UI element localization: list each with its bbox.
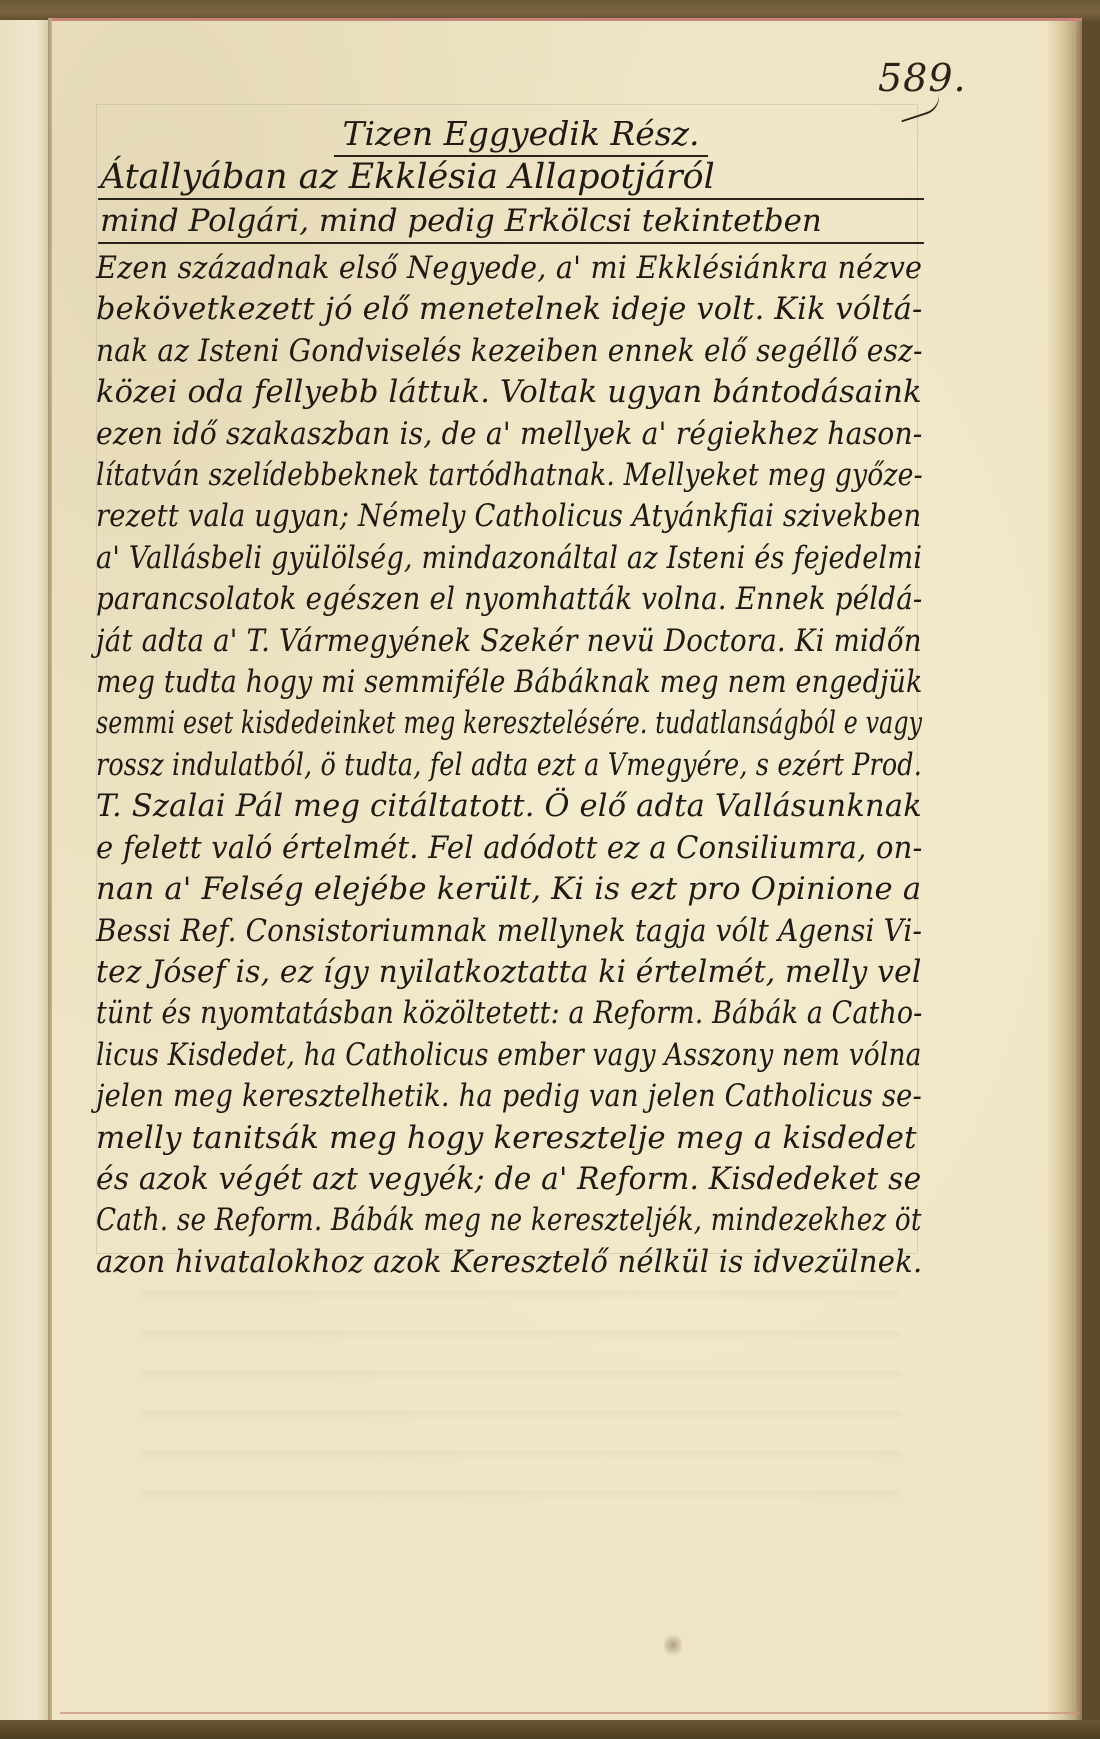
text-line: ezen idő szakaszban is, de a' mellyek a'… — [96, 414, 851, 455]
text-line: jelen meg keresztelhetik. ha pedig van j… — [96, 1076, 828, 1117]
show-through-ink — [140, 1260, 900, 1520]
text-line: Cath. se Reform. Bábák meg ne keresztelj… — [96, 1200, 798, 1241]
text-line: parancsolatok egészen el nyomhatták voln… — [96, 579, 838, 620]
chapter-subtitle-line-1: Átallyában az Ekklésia Allapotjáról — [98, 156, 924, 200]
text-line: T. Szalai Pál meg citáltatott. Ö elő adt… — [96, 786, 912, 827]
book-binding-bottom — [0, 1720, 1100, 1739]
red-margin-rule-right — [1077, 30, 1080, 1710]
text-line: melly tanitsák meg hogy keresztelje meg … — [96, 1118, 922, 1159]
text-line: bekövetkezett jó elő menetelnek ideje vo… — [96, 289, 909, 330]
text-line: licus Kisdedet, ha Catholicus ember vagy… — [96, 1035, 803, 1076]
ink-stain — [664, 1632, 682, 1658]
facing-page-edge — [0, 20, 52, 1720]
text-line: tez Jósef is, ez így nyilatkoztatta ki é… — [96, 952, 891, 993]
text-line: e felett való értelmét. Fel adódott ez a… — [96, 828, 875, 869]
body-text: Ezen századnak első Negyede, a' mi Ekklé… — [96, 248, 926, 1283]
text-line: a' Vallásbeli gyülölség, mindazonáltal a… — [96, 538, 823, 579]
text-line: lítatván szelídebbeknek tartódhatnak. Me… — [96, 455, 810, 496]
text-line: ját adta a' T. Vármegyének Szekér nevü D… — [96, 621, 836, 662]
text-line: közei oda fellyebb láttuk. Voltak ugyan … — [96, 372, 912, 413]
red-margin-rule-bottom — [60, 1712, 1080, 1714]
handwritten-text-block: Tizen Eggyedik Rész. Átallyában az Ekklé… — [96, 112, 926, 1283]
manuscript-scan: 589. Tizen Eggyedik Rész. Átallyában az … — [0, 0, 1100, 1739]
text-line: semmi eset kisdedeinket meg keresztelésé… — [96, 703, 729, 744]
text-line: Ezen századnak első Negyede, a' mi Ekklé… — [96, 248, 864, 289]
text-line: rossz indulatból, ö tudta, fel adta ezt … — [96, 745, 777, 786]
text-line: nak az Isteni Gondviselés kezeiben ennek… — [96, 331, 846, 372]
text-line: meg tudta hogy mi semmiféle Bábáknak meg… — [96, 662, 816, 703]
text-line: Bessi Ref. Consistoriumnak mellynek tagj… — [96, 911, 841, 952]
text-line: rezett vala ugyan; Némely Catholicus Aty… — [96, 496, 829, 537]
page-number: 589. — [878, 56, 967, 100]
chapter-title-text: Tizen Eggyedik Rész. — [334, 114, 707, 157]
chapter-subtitle-line-2: mind Polgári, mind pedig Erkölcsi tekint… — [98, 200, 924, 244]
text-line: tünt és nyomtatásban közöltetett: a Refo… — [96, 993, 814, 1034]
text-line: nan a' Felség elejébe került, Ki is ezt … — [96, 869, 918, 910]
text-line: és azok végét azt vegyék; de a' Reform. … — [96, 1159, 892, 1200]
chapter-title: Tizen Eggyedik Rész. — [116, 112, 926, 156]
